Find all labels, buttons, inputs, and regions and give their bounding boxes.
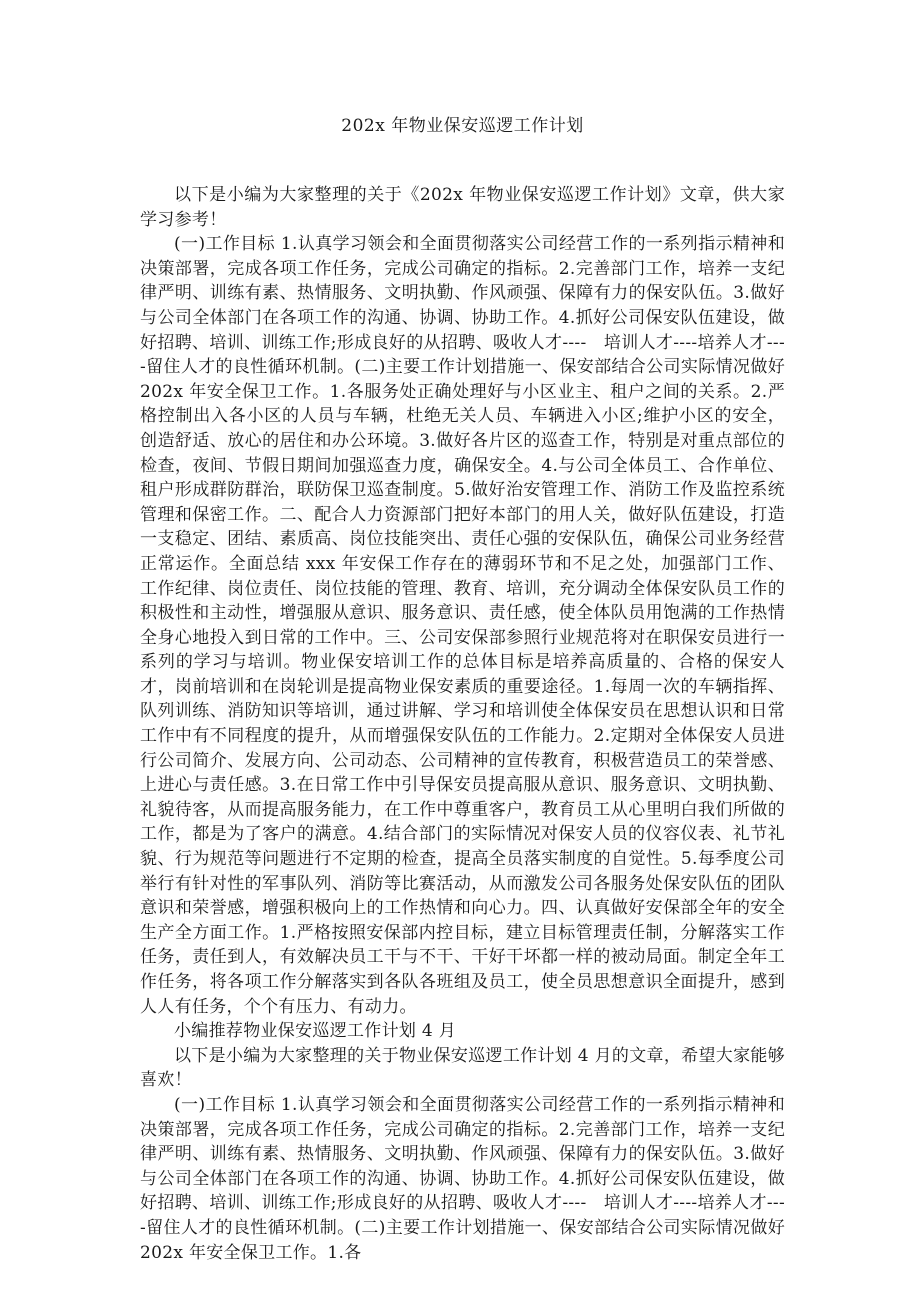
document-title: 202x 年物业保安巡逻工作计划 <box>140 114 785 138</box>
second-work-plan-paragraph: (一)工作目标 1.认真学习领会和全面贯彻落实公司经营工作的一系列指示精神和决策… <box>140 1093 785 1265</box>
work-plan-paragraph: (一)工作目标 1.认真学习领会和全面贯彻落实公司经营工作的一系列指示精神和决策… <box>140 232 785 1019</box>
second-intro-paragraph: 以下是小编为大家整理的关于物业保安巡逻工作计划 4 月的文章，希望大家能够喜欢！ <box>140 1044 785 1093</box>
intro-paragraph: 以下是小编为大家整理的关于《202x 年物业保安巡逻工作计划》文章，供大家学习参… <box>140 183 785 232</box>
recommendation-heading: 小编推荐物业保安巡逻工作计划 4 月 <box>140 1019 785 1044</box>
document-body: 以下是小编为大家整理的关于《202x 年物业保安巡逻工作计划》文章，供大家学习参… <box>140 183 785 1265</box>
